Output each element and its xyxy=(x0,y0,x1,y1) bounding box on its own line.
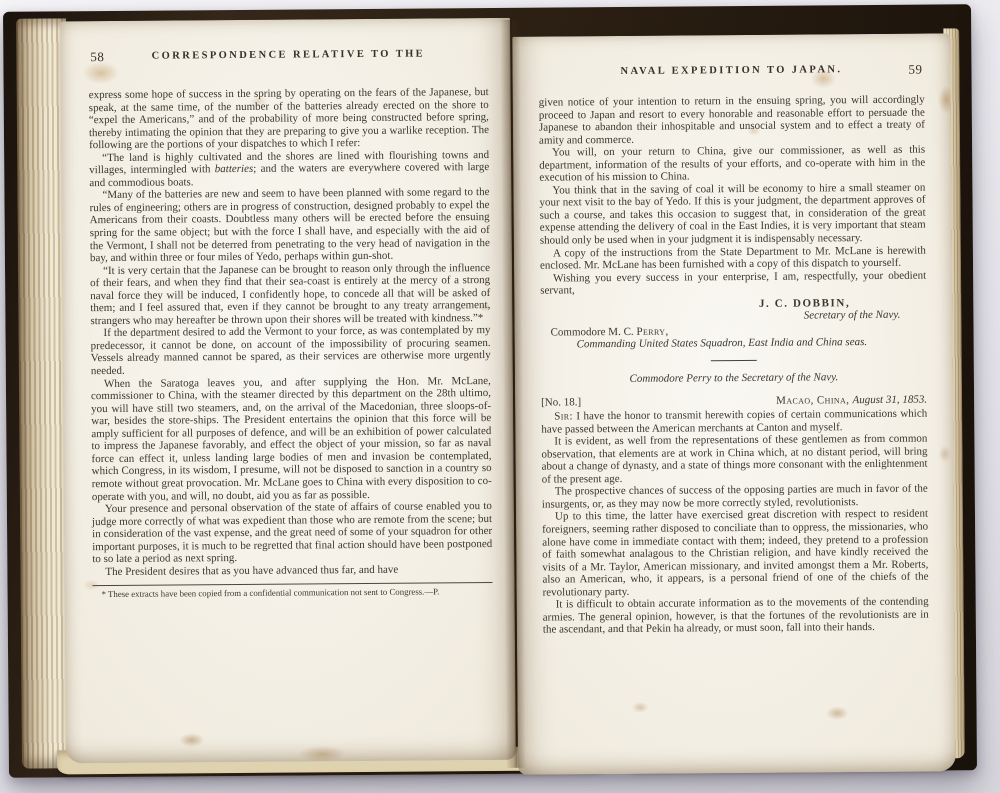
paragraph: Wishing you every success in your enterp… xyxy=(540,269,926,297)
signature-title: Secretary of the Navy. xyxy=(540,309,926,325)
text-run: It is difficult to obtain accurate infor… xyxy=(543,596,929,636)
text-run: [No. 18.] xyxy=(541,397,581,409)
text-run: express some hope of success in the spri… xyxy=(89,86,489,151)
dateline-number: [No. 18.] xyxy=(541,397,581,410)
footnote-block: * These extracts have been copied from a… xyxy=(93,582,493,600)
text-run: The President desires that as you have a… xyxy=(105,564,398,578)
paragraph: Up to this time, the latter have exercis… xyxy=(542,508,929,599)
paragraph: When the Saratoga leaves you, and after … xyxy=(91,375,492,504)
section-divider xyxy=(711,360,757,361)
paragraph: given notice of your intention to return… xyxy=(539,94,925,147)
text-run: , xyxy=(665,325,668,337)
right-page-header: NAVAL EXPEDITION TO JAPAN. 59 xyxy=(538,64,924,84)
text-run: Up to this time, the latter have exercis… xyxy=(542,508,928,598)
left-page-header: 58 CORRESPONDENCE RELATIVE TO THE xyxy=(88,48,488,68)
smallcaps-text: Sir: xyxy=(554,410,573,422)
paragraph: You think that in the saving of coal it … xyxy=(539,181,925,247)
text-run: “It is very certain that the Japanese ca… xyxy=(90,262,490,327)
italic-text: August 31, 1853. xyxy=(852,394,927,407)
paragraph: Sir: I have the honor to transmit herewi… xyxy=(541,408,927,436)
text-run: I have the honor to transmit herewith co… xyxy=(541,408,927,436)
text-run: Commanding United States Squadron, East … xyxy=(577,336,868,350)
text-run: given notice of your intention to return… xyxy=(539,94,925,147)
dateline-place-date: Macao, China, August 31, 1853. xyxy=(776,394,927,408)
text-run: Your presence and personal observation o… xyxy=(92,500,492,565)
page-number-right: 59 xyxy=(908,62,922,78)
paragraph: The President desires that as you have a… xyxy=(92,563,492,579)
section-heading: Commodore Perry to the Secretary of the … xyxy=(541,371,927,387)
left-page: 58 CORRESPONDENCE RELATIVE TO THE expres… xyxy=(60,18,516,764)
text-run: When the Saratoga leaves you, and after … xyxy=(91,375,492,503)
smallcaps-text: Macao, China, xyxy=(776,395,852,408)
right-page: NAVAL EXPEDITION TO JAPAN. 59 given noti… xyxy=(512,33,956,774)
right-page-content: NAVAL EXPEDITION TO JAPAN. 59 given noti… xyxy=(512,33,956,774)
running-header-right: NAVAL EXPEDITION TO JAPAN. xyxy=(538,64,924,78)
italic-text: batteries xyxy=(215,163,254,175)
paragraph: If the department desired to add the Ver… xyxy=(90,324,490,377)
text-run: Commodore M. C. xyxy=(550,326,636,339)
addressee-subline: Commanding United States Squadron, East … xyxy=(577,336,927,351)
text-run: You will, on your return to China, give … xyxy=(539,144,925,184)
paragraph: It is difficult to obtain accurate infor… xyxy=(543,596,929,637)
paragraph: Your presence and personal observation o… xyxy=(92,500,492,566)
paragraph: “Many of the batteries are new and seem … xyxy=(89,186,490,264)
text-run: You think that in the saving of coal it … xyxy=(539,181,925,246)
paragraph: express some hope of success in the spri… xyxy=(89,86,489,152)
smallcaps-text: Perry xyxy=(636,325,665,337)
paragraph: “It is very certain that the Japanese ca… xyxy=(90,262,490,328)
book-spread-photo: 58 CORRESPONDENCE RELATIVE TO THE expres… xyxy=(0,0,1000,793)
text-run: A copy of the instructions from the Stat… xyxy=(540,244,926,272)
text-run: “Many of the batteries are new and seem … xyxy=(90,186,490,264)
text-run: The prospective chances of success of th… xyxy=(542,483,928,511)
paragraph: It is evident, as well from the represen… xyxy=(541,433,927,486)
page-body-left: express some hope of success in the spri… xyxy=(89,86,493,578)
footnote-text: * These extracts have been copied from a… xyxy=(93,586,493,600)
text-run: If the department desired to add the Ver… xyxy=(91,324,491,377)
text-run: It is evident, as well from the represen… xyxy=(541,433,927,486)
page-body-right: given notice of your intention to return… xyxy=(539,94,929,637)
paragraph: You will, on your return to China, give … xyxy=(539,144,925,185)
book-cover: 58 CORRESPONDENCE RELATIVE TO THE expres… xyxy=(3,4,977,778)
text-run: Wishing you every success in your enterp… xyxy=(540,269,926,297)
text-run: Secretary of the Navy. xyxy=(804,309,901,322)
paragraph: The prospective chances of success of th… xyxy=(542,483,928,511)
paragraph: “The land is highly cultivated and the s… xyxy=(89,149,489,190)
left-page-content: 58 CORRESPONDENCE RELATIVE TO THE expres… xyxy=(60,18,516,764)
text-run: Commodore Perry to the Secretary of the … xyxy=(629,371,838,385)
text-run: J. C. DOBBIN, xyxy=(759,297,850,310)
paragraph: A copy of the instructions from the Stat… xyxy=(540,244,926,272)
running-header-left: CORRESPONDENCE RELATIVE TO THE xyxy=(88,48,488,62)
